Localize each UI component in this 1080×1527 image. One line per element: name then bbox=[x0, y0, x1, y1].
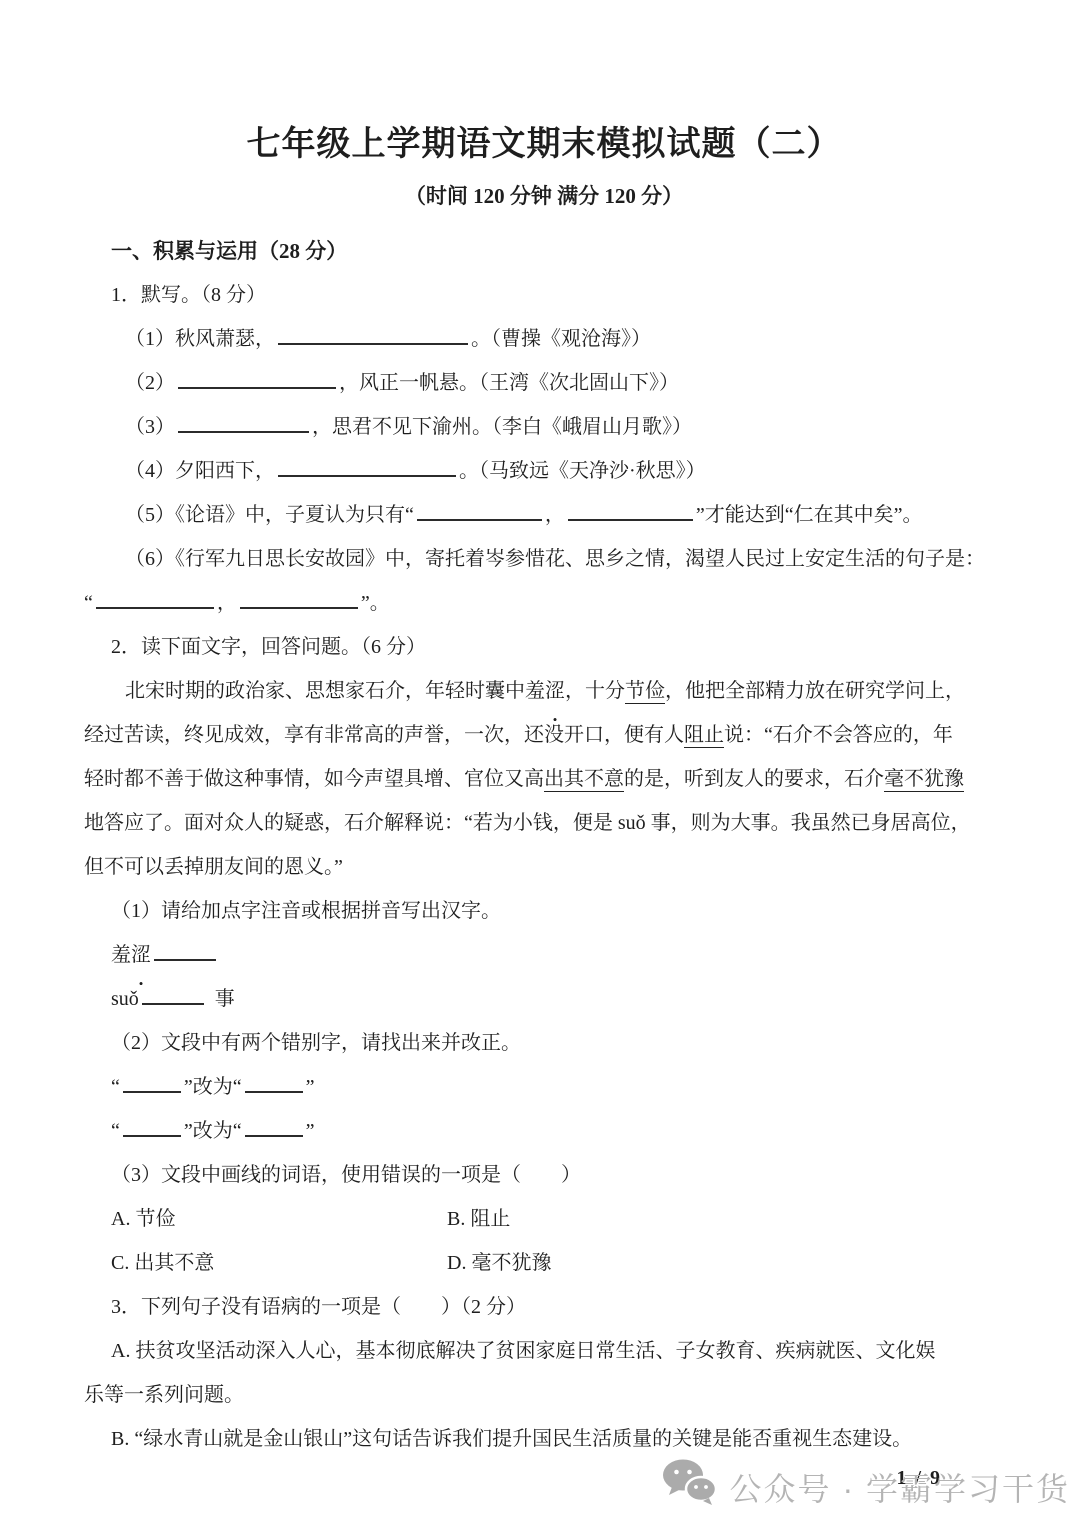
page-subtitle: （时间 120 分钟 满分 120 分） bbox=[84, 177, 1004, 215]
underlined-word: 毫不犹豫 bbox=[884, 768, 964, 792]
pinyin-word-1: 羞涩 bbox=[84, 933, 1004, 977]
passage-text: ，十分 bbox=[565, 680, 625, 702]
options-row-ab: A. 节俭B. 阻止 bbox=[84, 1197, 1004, 1241]
q3-option-b: B. “绿水青山就是金山银山”这句话告诉我们提升国民生活质量的关键是能否重视生态… bbox=[84, 1417, 1004, 1461]
quote-text: “ bbox=[111, 1076, 120, 1098]
answer-blank bbox=[142, 981, 204, 1005]
correction-line-2: “”改为“” bbox=[84, 1109, 1004, 1153]
item-text: ， bbox=[545, 504, 565, 526]
item-text: （5）《论语》中，子夏认为只有“ bbox=[125, 504, 414, 526]
item-text: 。（曹操《观沧海》） bbox=[471, 328, 651, 350]
exam-paper-page: 七年级上学期语文期末模拟试题（二） （时间 120 分钟 满分 120 分） 一… bbox=[0, 120, 1080, 1495]
passage-text: 北宋时期的政治家、思想家石介，年轻时囊中羞 bbox=[125, 680, 545, 702]
dot-emphasized-char: 涩 bbox=[131, 933, 151, 977]
section-heading: 一、积累与运用（28 分） bbox=[84, 229, 1004, 273]
item-text: （3） bbox=[125, 416, 175, 438]
dictation-item-3: （3），思君不见下渝州。（李白《峨眉山月歌》） bbox=[84, 405, 1004, 449]
passage-text: 说：“石介不会答应的，年 bbox=[724, 724, 953, 746]
option-c: C. 出其不意 bbox=[111, 1241, 447, 1285]
quote-text: ” bbox=[306, 1120, 315, 1142]
passage-text: 但不可以丢掉朋友间的恩义。” bbox=[84, 856, 343, 878]
quote-text: “ bbox=[111, 1120, 120, 1142]
option-b: B. 阻止 bbox=[447, 1197, 510, 1241]
answer-blank bbox=[178, 365, 336, 389]
options-row-cd: C. 出其不意D. 毫不犹豫 bbox=[84, 1241, 1004, 1285]
answer-blank bbox=[154, 937, 216, 961]
answer-blank bbox=[123, 1069, 181, 1093]
answer-blank bbox=[278, 453, 456, 477]
item-text: （6）《行军九日思长安故园》中，寄托着岑参惜花、思乡之情，渴望人民过上安定生活的… bbox=[125, 548, 985, 570]
pinyin-word-2: suǒ事 bbox=[84, 977, 1004, 1021]
item-text: 。（马致远《天净沙·秋思》） bbox=[459, 460, 706, 482]
passage-text: 经过苦读，终见成效，享有非常高的声誉，一次，还没开口，便有人 bbox=[84, 724, 684, 746]
watermark-text: 公众号 · 学霸学习干货 bbox=[730, 1464, 1070, 1510]
quote-text: ”改为“ bbox=[184, 1120, 242, 1142]
item-text: ”才能达到“仁在其中矣”。 bbox=[696, 504, 923, 526]
sub-question-3-label: （3）文段中画线的词语，使用错误的一项是（ ） bbox=[84, 1153, 1004, 1197]
underlined-word: 出其不意 bbox=[544, 768, 624, 792]
answer-blank bbox=[417, 497, 542, 521]
q3-option-a-line2: 乐等一系列问题。 bbox=[84, 1373, 1004, 1417]
question-1-label: 1．默写。（8 分） bbox=[84, 273, 1004, 317]
passage-text: ，他把全部精力放在研究学问上， bbox=[665, 680, 965, 702]
item-text: ，思君不见下渝州。（李白《峨眉山月歌》） bbox=[312, 416, 692, 438]
option-a: A. 节俭 bbox=[111, 1197, 447, 1241]
dictation-item-5: （5）《论语》中，子夏认为只有“，”才能达到“仁在其中矣”。 bbox=[84, 493, 1004, 537]
passage-line-4: 地答应了。面对众人的疑惑，石介解释说：“若为小钱，便是 suǒ 事，则为大事。我… bbox=[84, 801, 1004, 845]
dictation-item-6-line1: （6）《行军九日思长安故园》中，寄托着岑参惜花、思乡之情，渴望人民过上安定生活的… bbox=[84, 537, 1004, 581]
underlined-word: 阻止 bbox=[684, 724, 724, 748]
question-3-label: 3．下列句子没有语病的一项是（ ）（2 分） bbox=[84, 1285, 1004, 1329]
answer-blank bbox=[278, 321, 468, 345]
answer-blank bbox=[240, 585, 358, 609]
item-text: ，风正一帆悬。（王湾《次北固山下》） bbox=[339, 372, 679, 394]
passage-line-5: 但不可以丢掉朋友间的恩义。” bbox=[84, 845, 1004, 889]
passage-line-1: 北宋时期的政治家、思想家石介，年轻时囊中羞涩，十分节俭，他把全部精力放在研究学问… bbox=[84, 669, 1004, 713]
passage-text: 的是，听到友人的要求，石介 bbox=[624, 768, 884, 790]
word-text: suǒ bbox=[111, 988, 139, 1010]
option-d: D. 毫不犹豫 bbox=[447, 1241, 551, 1285]
passage-text: 轻时都不善于做这种事情，如今声望具增、官位又高 bbox=[84, 768, 544, 790]
dictation-item-4: （4）夕阳西下，。（马致远《天净沙·秋思》） bbox=[84, 449, 1004, 493]
answer-blank bbox=[568, 497, 693, 521]
passage-line-3: 轻时都不善于做这种事情，如今声望具增、官位又高出其不意的是，听到友人的要求，石介… bbox=[84, 757, 1004, 801]
quote-text: ” bbox=[306, 1076, 315, 1098]
correction-line-1: “”改为“” bbox=[84, 1065, 1004, 1109]
underlined-word: 节俭 bbox=[625, 680, 665, 704]
item-text: ， bbox=[217, 592, 237, 614]
word-text: 事 bbox=[215, 988, 235, 1010]
sub-question-1-label: （1）请给加点字注音或根据拼音写出汉字。 bbox=[84, 889, 1004, 933]
item-text: （1）秋风萧瑟， bbox=[125, 328, 275, 350]
item-text: ”。 bbox=[361, 592, 390, 614]
passage-line-2: 经过苦读，终见成效，享有非常高的声誉，一次，还没开口，便有人阻止说：“石介不会答… bbox=[84, 713, 1004, 757]
word-text: 羞 bbox=[111, 944, 131, 966]
passage-text: 地答应了。面对众人的疑惑，石介解释说：“若为小钱，便是 suǒ 事，则为大事。我… bbox=[84, 812, 971, 834]
dictation-item-6-line2: “，”。 bbox=[84, 581, 1004, 625]
sub-question-2-label: （2）文段中有两个错别字，请找出来并改正。 bbox=[84, 1021, 1004, 1065]
answer-blank bbox=[245, 1113, 303, 1137]
answer-blank bbox=[178, 409, 309, 433]
answer-blank bbox=[123, 1113, 181, 1137]
item-text: （4）夕阳西下， bbox=[125, 460, 275, 482]
question-2-label: 2．读下面文字，回答问题。（6 分） bbox=[84, 625, 1004, 669]
answer-blank bbox=[245, 1069, 303, 1093]
dot-emphasized-char: 涩 bbox=[545, 669, 565, 713]
quote-text: ”改为“ bbox=[184, 1076, 242, 1098]
page-title: 七年级上学期语文期末模拟试题（二） bbox=[84, 120, 1004, 169]
dictation-item-1: （1）秋风萧瑟，。（曹操《观沧海》） bbox=[84, 317, 1004, 361]
dictation-item-2: （2），风正一帆悬。（王湾《次北固山下》） bbox=[84, 361, 1004, 405]
item-text: （2） bbox=[125, 372, 175, 394]
answer-blank bbox=[96, 585, 214, 609]
item-text: “ bbox=[84, 592, 93, 614]
wechat-icon bbox=[662, 1459, 718, 1515]
watermark: 公众号 · 学霸学习干货 bbox=[662, 1459, 1070, 1515]
q3-option-a-line1: A. 扶贫攻坚活动深入人心，基本彻底解决了贫困家庭日常生活、子女教育、疾病就医、… bbox=[84, 1329, 1004, 1373]
